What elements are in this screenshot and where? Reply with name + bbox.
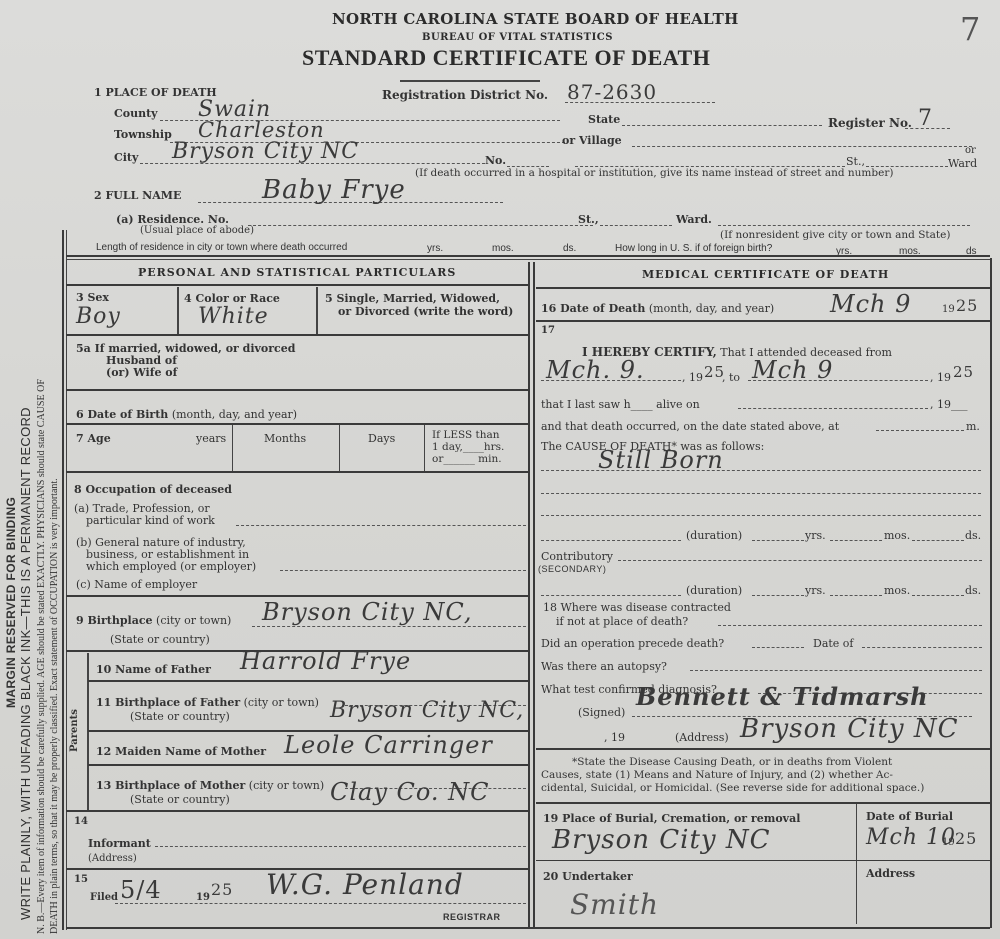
last-saw-line — [738, 408, 928, 409]
corner-number: 7 — [960, 10, 981, 48]
duration2-mos-line — [830, 595, 882, 596]
row-rule-note — [536, 802, 990, 804]
city-no-label: No. — [485, 154, 506, 167]
row-rule-10 — [88, 680, 528, 682]
registrar-label: REGISTRAR — [443, 912, 501, 922]
race-marital-divider — [316, 287, 318, 334]
duration1-label: (duration) — [686, 529, 742, 542]
dob-sub: (month, day, and year) — [172, 408, 297, 421]
signed-label: (Signed) — [578, 706, 625, 719]
filed-year[interactable]: 25 — [211, 880, 233, 899]
birthplace-line — [252, 626, 526, 627]
foreign-birth-label: How long in U. S. if of foreign birth? — [615, 243, 772, 254]
duration1-mos-line — [830, 540, 882, 541]
death-time-line — [876, 430, 964, 431]
operation-line — [752, 647, 804, 648]
residence-line — [248, 225, 593, 226]
contracted-line — [718, 625, 982, 626]
duration2-ds: ds. — [965, 584, 981, 597]
to-year[interactable]: 25 — [953, 363, 974, 381]
registration-district-label: Registration District No. — [382, 88, 548, 102]
mother-birth-label: 13 Birthplace of Mother — [96, 779, 245, 792]
note-line-3: cidental, Suicidal, or Homicidal. (See r… — [541, 782, 924, 794]
age-days-label: Days — [368, 432, 395, 445]
sex-value[interactable]: Boy — [76, 304, 121, 329]
city-value[interactable]: Bryson City NC — [172, 139, 359, 164]
duration1-blank — [541, 540, 681, 541]
date-of-death-sub: (month, day, and year) — [649, 302, 774, 315]
state-line — [622, 125, 822, 126]
occupation-b-line — [280, 570, 526, 571]
last-saw-19: , 19___ — [930, 398, 968, 411]
age-label: 7 Age — [76, 432, 111, 445]
father-birth-state: (State or country) — [130, 710, 230, 723]
to-value[interactable]: Mch 9 — [752, 356, 833, 384]
header-bureau: BUREAU OF VITAL STATISTICS — [422, 32, 613, 43]
father-value[interactable]: Harrold Frye — [240, 647, 411, 675]
birthplace-state: (State or country) — [110, 633, 210, 646]
age-divider-1 — [232, 425, 233, 471]
row-rule-5a — [66, 389, 528, 391]
residence-st-label: St., — [578, 213, 599, 226]
informant-label: Informant — [88, 837, 151, 850]
margin-ink-text: WRITE PLAINLY, WITH UNFADING BLACK INK—T… — [18, 407, 33, 920]
nonresident-line — [718, 225, 970, 226]
signed-value[interactable]: Bennett & Tidmarsh — [636, 682, 929, 711]
duration1-mos: mos. — [884, 529, 910, 542]
note-line-1: *State the Disease Causing Death, or in … — [572, 756, 892, 768]
to-label: , to — [722, 371, 740, 384]
date-of-death-value[interactable]: Mch 9 — [830, 290, 911, 318]
date-of-death-19: 19 — [942, 304, 955, 315]
sex-race-divider — [177, 287, 179, 334]
sex-label: 3 Sex — [76, 291, 109, 304]
duration1-ds: ds. — [965, 529, 981, 542]
city-label: City — [114, 151, 138, 164]
left-border — [62, 230, 64, 930]
state-label: State — [588, 113, 620, 126]
medical-section-title: MEDICAL CERTIFICATE OF DEATH — [642, 268, 889, 281]
row-rule-16 — [536, 320, 990, 322]
right-border — [990, 258, 992, 928]
mother-birth-state: (State or country) — [130, 793, 230, 806]
cause-line-3 — [541, 515, 981, 516]
birthplace-sub: (city or town) — [156, 614, 231, 627]
duration2-blank — [541, 595, 681, 596]
burial-value[interactable]: Bryson City NC — [552, 825, 770, 855]
row-rule-13 — [66, 810, 528, 812]
burial-date-19: 19 — [942, 837, 955, 848]
burial-label: 19 Place of Burial, Cremation, or remova… — [543, 812, 800, 825]
register-no-value[interactable]: 7 — [918, 106, 933, 131]
duration2-yrs-line — [752, 595, 804, 596]
contributory-label: Contributory — [541, 550, 613, 563]
filed-date[interactable]: 5/4 — [120, 876, 162, 904]
age-divider-2 — [339, 425, 340, 471]
informant-line — [155, 846, 526, 847]
duration1-ds-line — [912, 540, 964, 541]
row-rule-12 — [88, 764, 528, 766]
full-name-value[interactable]: Baby Frye — [262, 175, 406, 205]
informant-address: (Address) — [88, 853, 137, 864]
operation-label: Did an operation precede death? — [541, 637, 724, 650]
m-label: m. — [966, 420, 980, 433]
contributory-line — [618, 560, 982, 561]
registrar-value[interactable]: W.G. Penland — [266, 868, 464, 901]
age-months-label: Months — [264, 432, 306, 445]
village-label: or Village — [562, 134, 622, 147]
occupation-a-line — [236, 525, 526, 526]
from-19: , 19 — [682, 371, 703, 384]
mother-birth-value[interactable]: Clay Co. NC — [330, 778, 490, 806]
from-value[interactable]: Mch. 9. — [546, 356, 645, 384]
personal-section-title: PERSONAL AND STATISTICAL PARTICULARS — [138, 266, 456, 279]
row-rule-3 — [66, 334, 528, 336]
full-name-label: 2 FULL NAME — [94, 189, 181, 202]
personal-title-rule — [66, 284, 528, 286]
date-of-label: Date of — [813, 637, 854, 650]
registration-district-value[interactable]: 87-2630 — [567, 80, 657, 104]
undertaker-label: 20 Undertaker — [543, 870, 633, 883]
occupation-b-3: which employed (or employer) — [86, 560, 256, 573]
header-rule — [66, 255, 990, 257]
bottom-rule — [66, 927, 990, 929]
header-rule-2 — [66, 259, 990, 260]
age-divider-3 — [424, 425, 425, 471]
filed-19: 19 — [196, 892, 210, 903]
note-line-2: Causes, state (1) Means and Nature of In… — [541, 769, 893, 781]
village-line — [632, 146, 972, 147]
filed-num: 15 — [74, 874, 88, 885]
residence-sub: (Usual place of abode) — [140, 225, 254, 236]
ward-label: Ward — [948, 157, 977, 170]
parents-label: Parents — [69, 709, 80, 752]
mother-value[interactable]: Leole Carringer — [284, 731, 493, 759]
margin-binding-text: MARGIN RESERVED FOR BINDING — [4, 497, 18, 708]
margin-nb-text-1: N. B.—Every item of information should b… — [36, 379, 47, 934]
hospital-note: (If death occurred in a hospital or inst… — [415, 167, 893, 179]
mother-label: 12 Maiden Name of Mother — [96, 745, 266, 758]
length-ds-label: ds. — [563, 243, 576, 254]
address-label: (Address) — [675, 731, 729, 744]
undertaker-address-label: Address — [866, 867, 915, 880]
filed-line — [115, 903, 526, 904]
birthplace-label: 9 Birthplace — [76, 614, 153, 627]
race-value[interactable]: White — [198, 304, 269, 329]
burial-date-label: Date of Burial — [866, 810, 953, 823]
county-label: County — [114, 107, 158, 120]
margin-nb-text-2: DEATH in plain terms, so that it may be … — [49, 478, 60, 934]
duration2-mos: mos. — [884, 584, 910, 597]
occupation-label: 8 Occupation of deceased — [74, 483, 232, 496]
autopsy-label: Was there an autopsy? — [541, 660, 667, 673]
township-label: Township — [114, 128, 172, 141]
occupation-c: (c) Name of employer — [76, 578, 197, 591]
row-rule-signed — [536, 748, 990, 750]
death-occurred-label: and that death occurred, on the date sta… — [541, 420, 839, 433]
length-mos-label: mos. — [492, 243, 514, 254]
mother-birth-sub: (city or town) — [249, 779, 324, 792]
or-label: or — [965, 145, 976, 156]
signature-19: , 19 — [604, 731, 625, 744]
date-of-death-label: 16 Date of Death — [541, 302, 645, 315]
certificate-page: MARGIN RESERVED FOR BINDING WRITE PLAINL… — [0, 0, 1000, 939]
row-rule-19 — [536, 860, 990, 861]
marital-label-2: or Divorced (write the word) — [338, 305, 513, 318]
autopsy-line — [690, 670, 982, 671]
spouse-label-3: (or) Wife of — [106, 366, 177, 379]
row-rule-6 — [66, 423, 528, 425]
filed-label: Filed — [90, 892, 118, 903]
undertaker-value[interactable]: Smith — [570, 888, 659, 921]
item-17: 17 — [541, 325, 555, 336]
last-saw-label: that I last saw h____ alive on — [541, 398, 700, 411]
occupation-a-2: particular kind of work — [86, 514, 215, 527]
secondary-label: (SECONDARY) — [538, 564, 606, 574]
residence-ward-label: Ward. — [676, 213, 712, 226]
age-years-label: years — [196, 432, 226, 445]
duration1-yrs-line — [752, 540, 804, 541]
nonresident-note: (If nonresident give city or town and St… — [720, 229, 950, 241]
father-label: 10 Name of Father — [96, 663, 211, 676]
row-rule-8 — [66, 595, 528, 597]
header-board: NORTH CAROLINA STATE BOARD OF HEALTH — [332, 10, 739, 28]
cause-line-1 — [541, 470, 981, 471]
duration2-label: (duration) — [686, 584, 742, 597]
date-of-line — [862, 647, 982, 648]
birthplace-value[interactable]: Bryson City NC, — [262, 598, 473, 626]
father-birth-value[interactable]: Bryson City NC, — [330, 698, 524, 723]
date-of-death-year[interactable]: 25 — [956, 296, 978, 315]
contracted-label-1: 18 Where was disease contracted — [543, 601, 731, 614]
less-label-1: If LESS than — [432, 429, 500, 441]
title-rule — [400, 80, 540, 82]
father-birth-label: 11 Birthplace of Father — [96, 696, 240, 709]
burial-date-year[interactable]: 25 — [955, 829, 977, 848]
dob-label: 6 Date of Birth — [76, 408, 168, 421]
length-residence-label: Length of residence in city or town wher… — [96, 242, 347, 253]
address-value[interactable]: Bryson City NC — [740, 714, 958, 744]
duration2-ds-line — [912, 595, 964, 596]
father-birth-sub: (city or town) — [244, 696, 319, 709]
duration1-yrs: yrs. — [805, 529, 826, 542]
cause-line-2 — [541, 493, 981, 494]
contracted-label-2: if not at place of death? — [556, 615, 688, 628]
row-rule-7 — [66, 471, 528, 473]
less-label-3: or______ min. — [432, 453, 502, 465]
less-label-2: 1 day,____hrs. — [432, 441, 504, 453]
center-divider — [528, 262, 530, 927]
burial-divider — [856, 804, 857, 924]
center-divider-2 — [533, 262, 535, 927]
register-no-label: Register No. — [828, 116, 912, 130]
marital-label-1: 5 Single, Married, Widowed, — [325, 292, 500, 305]
to-19: , 19 — [930, 371, 951, 384]
duration2-yrs: yrs. — [805, 584, 826, 597]
length-yrs-label: yrs. — [427, 243, 443, 254]
page-title: STANDARD CERTIFICATE OF DEATH — [302, 45, 710, 71]
residence-ward-line — [600, 225, 672, 226]
informant-num: 14 — [74, 816, 88, 827]
medical-title-rule — [536, 287, 990, 289]
